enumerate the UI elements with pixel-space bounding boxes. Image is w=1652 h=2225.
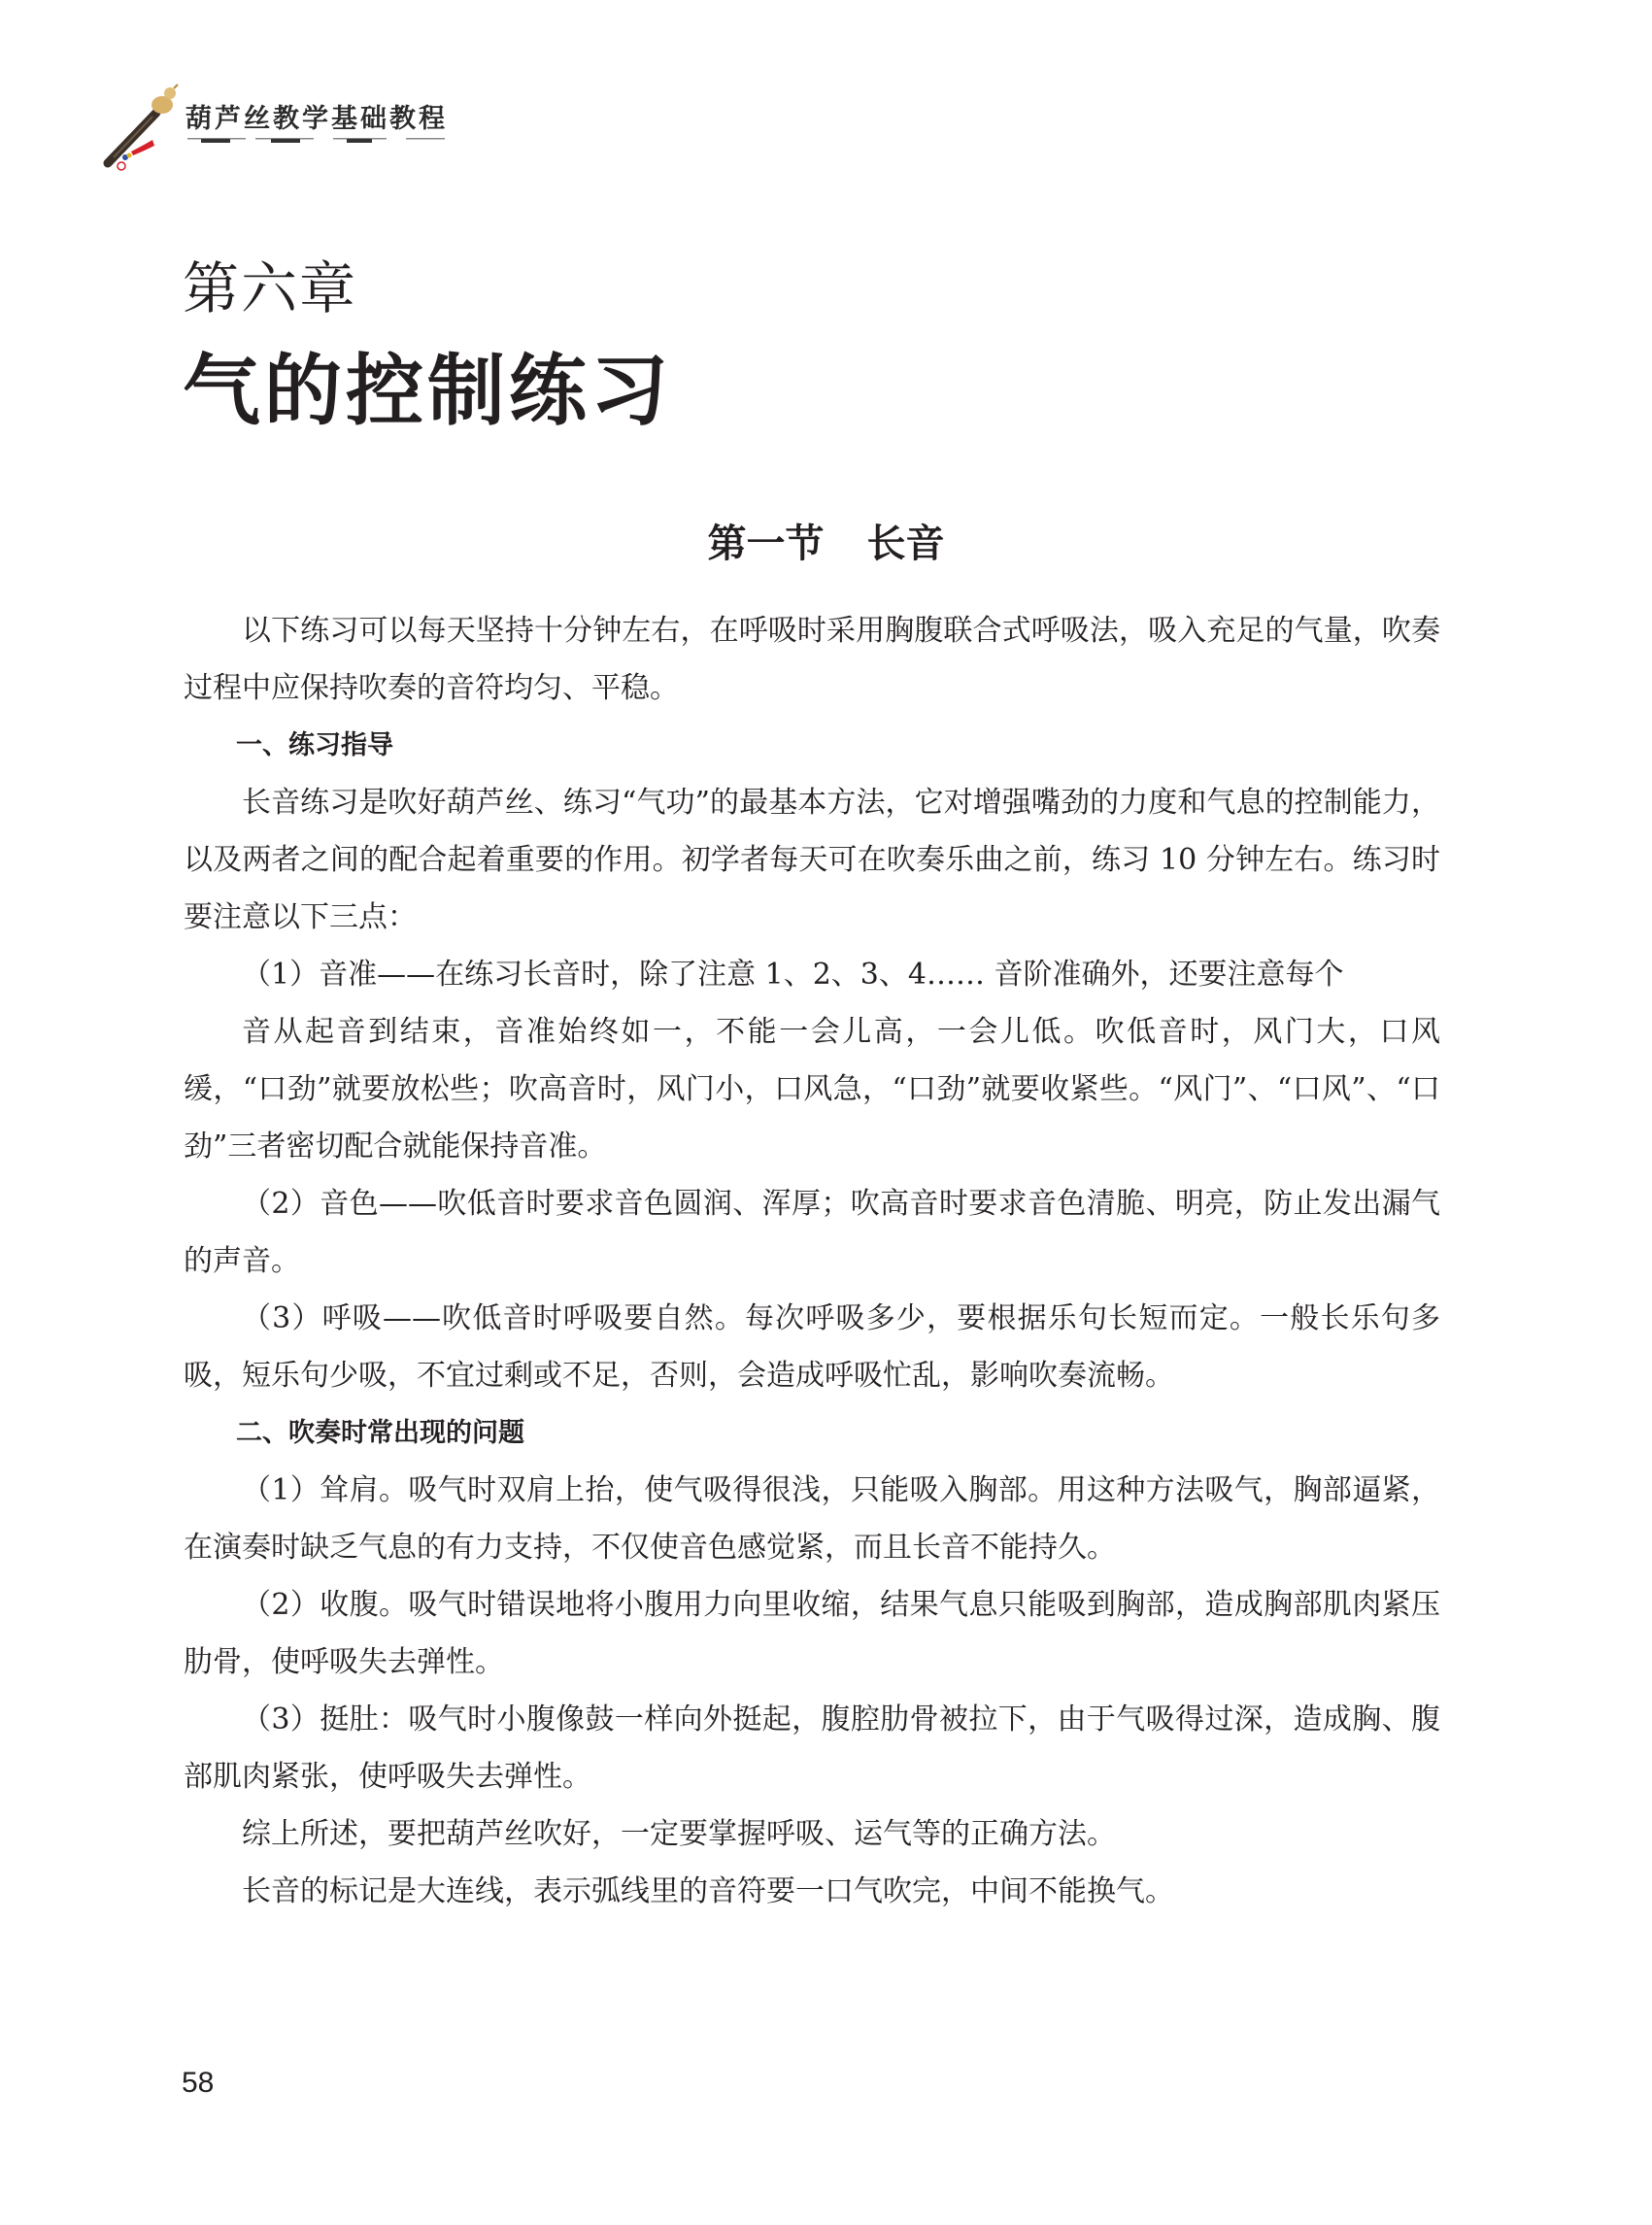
chapter-number: 第六章 bbox=[183, 243, 357, 324]
point-breathing: （3）呼吸——吹低音时呼吸要自然。每次呼吸多少，要根据乐句长短而定。一般长乐句多… bbox=[184, 1290, 1440, 1404]
problem-shrug: （1）耸肩。吸气时双肩上抬，使气吸得很浅，只能吸入胸部。用这种方法吸气，胸部逼紧… bbox=[184, 1462, 1440, 1576]
running-header: 葫芦丝教学基础教程 bbox=[92, 76, 461, 173]
section-title: 长音 bbox=[867, 522, 945, 566]
problem-abdomen-in: （2）收腹。吸气时错误地将小腹用力向里收缩，结果气息只能吸到胸部，造成胸部肌肉紧… bbox=[184, 1576, 1440, 1691]
book-title: 葫芦丝教学基础教程 bbox=[185, 97, 448, 135]
point-pitch-line1: （1）音准——在练习长音时，除了注意 1、2、3、4…… 音阶准确外，还要注意每… bbox=[184, 946, 1440, 1003]
subheading-practice-guide: 一、练习指导 bbox=[184, 717, 1440, 774]
point-timbre: （2）音色——吹低音时要求音色圆润、浑厚；吹高音时要求音色清脆、明亮，防止发出漏… bbox=[184, 1175, 1440, 1290]
chapter-title: 气的控制练习 bbox=[183, 328, 672, 440]
subheading-common-problems: 二、吹奏时常出现的问题 bbox=[184, 1404, 1440, 1462]
section-number: 第一节 bbox=[708, 522, 825, 566]
intro-paragraph: 以下练习可以每天坚持十分钟左右，在呼吸时采用胸腹联合式呼吸法，吸入充足的气量，吹… bbox=[184, 602, 1440, 717]
hulusi-instrument-icon bbox=[92, 76, 189, 173]
header-decoration bbox=[187, 136, 450, 148]
point-pitch-continued: 音从起音到结束，音准始终如一，不能一会儿高，一会儿低。吹低音时，风门大，口风缓，… bbox=[184, 1003, 1440, 1175]
body-text: 以下练习可以每天坚持十分钟左右，在呼吸时采用胸腹联合式呼吸法，吸入充足的气量，吹… bbox=[184, 602, 1440, 1920]
page-number: 58 bbox=[182, 2067, 214, 2100]
summary-paragraph: 综上所述，要把葫芦丝吹好，一定要掌握呼吸、运气等的正确方法。 bbox=[184, 1805, 1440, 1863]
problem-belly-out: （3）挺肚：吸气时小腹像鼓一样向外挺起，腹腔肋骨被拉下，由于气吸得过深，造成胸、… bbox=[184, 1691, 1440, 1805]
section-heading: 第一节长音 bbox=[0, 513, 1652, 568]
guide-paragraph: 长音练习是吹好葫芦丝、练习“气功”的最基本方法，它对增强嘴劲的力度和气息的控制能… bbox=[184, 774, 1440, 946]
notation-note-paragraph: 长音的标记是大连线，表示弧线里的音符要一口气吹完，中间不能换气。 bbox=[184, 1863, 1440, 1920]
